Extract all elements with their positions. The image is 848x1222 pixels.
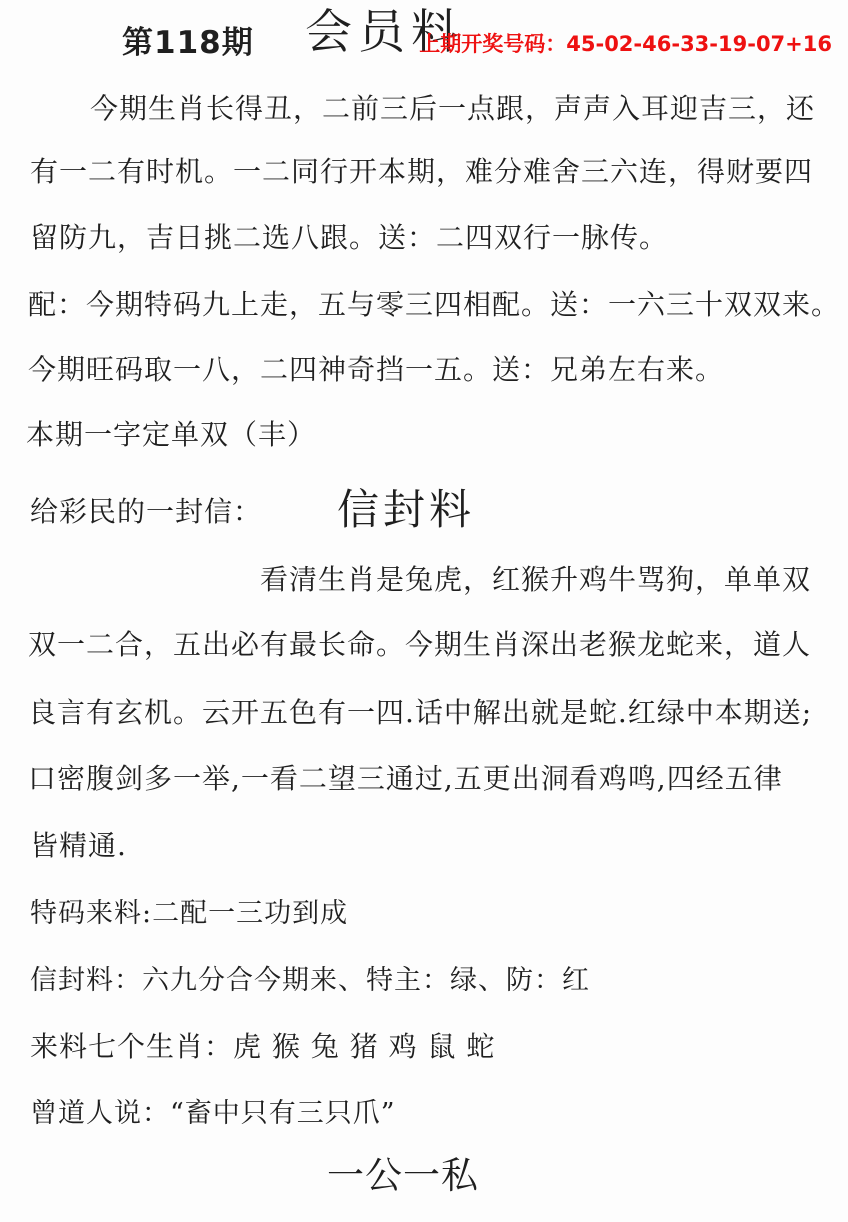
footer-slogan: 一公一私 (327, 1155, 479, 1198)
member-tip-line: 今期旺码取一八，二四神奇挡一五。送：兄弟左右来。 (28, 354, 724, 386)
zengdaoren-quote: 曾道人说：“畜中只有三只爪” (30, 1098, 396, 1129)
zodiac-list: 来料七个生肖：虎 猴 兔 猪 鸡 鼠 蛇 (30, 1031, 495, 1063)
last-draw-numbers: 上期开奖号码：45-02-46-33-19-07+16 (419, 32, 832, 56)
special-code-tip: 特码来料:二配一三功到成 (30, 898, 348, 929)
tip-sheet-page: 第118期 会员料 上期开奖号码：45-02-46-33-19-07+16 今期… (0, 0, 848, 1222)
letter-line: 皆精通. (30, 830, 127, 862)
member-tip-line: 本期一字定单双（丰） (26, 419, 316, 451)
member-tip-line: 配：今期特码九上走，五与零三四相配。送：一六三十双双来。 (28, 289, 840, 321)
letter-section-title: 信封料 (337, 486, 475, 534)
envelope-tip: 信封料：六九分合今期来、特主：绿、防：红 (30, 965, 590, 996)
letter-line: 看清生肖是兔虎，红猴升鸡牛骂狗，单单双 (260, 564, 811, 596)
letter-line: 良言有玄机。云开五色有一四.话中解出就是蛇.红绿中本期送; (28, 697, 812, 729)
issue-number: 第118期 (122, 26, 254, 62)
member-tip-line: 有一二有时机。一二同行开本期，难分难舍三六连，得财要四 (30, 156, 813, 188)
letter-intro-label: 给彩民的一封信： (30, 496, 262, 528)
letter-line: 口密腹剑多一举,一看二望三通过,五更出洞看鸡鸣,四经五律 (28, 763, 783, 795)
member-tip-line: 今期生肖长得丑，二前三后一点跟，声声入耳迎吉三，还 (90, 93, 815, 125)
member-tip-line: 留防九，吉日挑二选八跟。送：二四双行一脉传。 (30, 222, 668, 254)
letter-line: 双一二合，五出必有最长命。今期生肖深出老猴龙蛇来，道人 (28, 629, 811, 661)
